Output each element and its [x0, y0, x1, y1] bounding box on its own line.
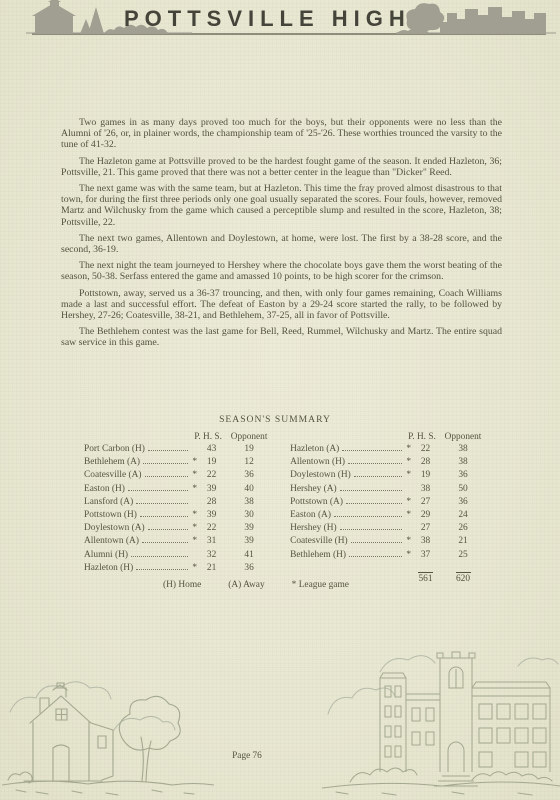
team-name: Hershey (H) [290, 523, 337, 533]
league-game-marker: * [404, 470, 411, 480]
paragraph: Pottstown, away, served us a 36-37 troun… [61, 288, 502, 322]
narrative-text: Two games in as many days proved too muc… [61, 117, 502, 354]
opponent-score: 30 [226, 510, 272, 520]
phs-score: 43 [197, 444, 226, 454]
league-game-marker: * [190, 536, 197, 546]
league-game-marker: * [404, 444, 411, 454]
dot-leader [140, 516, 188, 517]
team-name: Bethlehem (H) [290, 550, 346, 560]
opponent-score: 21 [440, 536, 486, 546]
dot-leader [142, 542, 188, 543]
league-game-marker: * [404, 457, 411, 467]
table-row: Doylestown (A) * 22 39 [84, 523, 272, 536]
paragraph: The next two games, Allentown and Doyles… [61, 233, 502, 255]
summary-tables: P. H. S. Opponent Port Carbon (H) 43 19 [84, 432, 486, 586]
phs-score: 37 [411, 550, 440, 560]
dot-leader [340, 529, 402, 530]
opponent-score: 24 [440, 510, 486, 520]
opponent-score: 36 [226, 470, 272, 480]
summary-table-left: P. H. S. Opponent Port Carbon (H) 43 19 [84, 432, 272, 586]
team-name: Allentown (A) [84, 536, 139, 546]
legend-league: * League game [292, 580, 349, 590]
opponent-score: 41 [226, 550, 272, 560]
paragraph: The Bethlehem contest was the last game … [61, 326, 502, 348]
table-header-left: P. H. S. Opponent [84, 432, 272, 442]
table-row: Coatesville (A) * 22 36 [84, 470, 272, 483]
phs-score: 28 [411, 457, 440, 467]
phs-score: 27 [411, 497, 440, 507]
opponent-total: 620 [440, 574, 486, 584]
table-header-right: P. H. S. Opponent [290, 432, 486, 442]
dot-leader [346, 503, 402, 504]
opponent-score: 40 [226, 484, 272, 494]
league-game-marker: * [190, 470, 197, 480]
team-name: Hazleton (A) [290, 444, 339, 454]
team-name: Easton (H) [84, 484, 125, 494]
league-game-marker: * [404, 510, 411, 520]
opponent-column-header: Opponent [440, 432, 486, 442]
table-row: Bethlehem (H) * 37 25 [290, 550, 486, 563]
team-name: Coatesville (A) [84, 470, 142, 480]
dot-leader [342, 450, 402, 451]
dot-leader [145, 476, 189, 477]
phs-score: 19 [411, 470, 440, 480]
team-name: Allentown (H) [290, 457, 345, 467]
opponent-score: 25 [440, 550, 486, 560]
team-name: Hershey (A) [290, 484, 337, 494]
phs-score: 39 [197, 510, 226, 520]
dot-leader [136, 569, 188, 570]
phs-score: 31 [197, 536, 226, 546]
opponent-column-header: Opponent [226, 432, 272, 442]
league-game-marker: * [190, 510, 197, 520]
table-row: Hershey (A) 38 50 [290, 484, 486, 497]
dot-leader [136, 503, 188, 504]
dot-leader [148, 450, 188, 451]
table-row: Hazleton (H) * 21 36 [84, 563, 272, 576]
dot-leader [340, 490, 402, 491]
opponent-score: 36 [440, 470, 486, 480]
paragraph: The Hazleton game at Pottsville proved t… [61, 156, 502, 178]
league-game-marker: * [190, 484, 197, 494]
opponent-score: 38 [440, 444, 486, 454]
team-name: Doylestown (A) [84, 523, 145, 533]
table-row: Bethlehem (A) * 19 12 [84, 457, 272, 470]
team-name: Alumni (H) [84, 550, 128, 560]
phs-score: 32 [197, 550, 226, 560]
phs-score: 22 [197, 470, 226, 480]
table-row: Hazleton (A) * 22 38 [290, 444, 486, 457]
league-game-marker: * [190, 457, 197, 467]
page-title: POTTSVILLE HIGH [124, 6, 411, 32]
opponent-score: 12 [226, 457, 272, 467]
legend-away: (A) Away [228, 580, 264, 590]
opponent-score: 38 [440, 457, 486, 467]
opponent-score: 36 [226, 563, 272, 573]
table-row: Coatesville (H) * 38 21 [290, 536, 486, 549]
dot-leader [348, 463, 402, 464]
phs-score: 22 [411, 444, 440, 454]
opponent-score: 36 [440, 497, 486, 507]
league-game-marker: * [404, 550, 411, 560]
team-name: Hazleton (H) [84, 563, 133, 573]
table-row: Pottstown (A) * 27 36 [290, 497, 486, 510]
team-name: Lansford (A) [84, 497, 133, 507]
table-rows-left: Port Carbon (H) 43 19 Bethlehem (A) * 19 [84, 444, 272, 576]
opponent-score: 50 [440, 484, 486, 494]
team-name: Doylestown (H) [290, 470, 351, 480]
table-legend: (H) Home (A) Away * League game [163, 580, 349, 590]
phs-score: 22 [197, 523, 226, 533]
phs-score: 38 [411, 484, 440, 494]
opponent-score: 39 [226, 523, 272, 533]
dot-leader [349, 556, 402, 557]
dot-leader [128, 490, 188, 491]
team-name: Easton (A) [290, 510, 331, 520]
table-row: Lansford (A) 28 38 [84, 497, 272, 510]
page-header: POTTSVILLE HIGH [0, 0, 560, 42]
dot-leader [143, 463, 188, 464]
team-name: Pottstown (A) [290, 497, 343, 507]
dot-leader [354, 476, 402, 477]
phs-score: 19 [197, 457, 226, 467]
summary-table-right: P. H. S. Opponent Hazleton (A) * 22 38 [290, 432, 486, 586]
phs-total: 561 [411, 574, 440, 584]
season-summary: SEASON'S SUMMARY P. H. S. Opponent Port … [0, 414, 560, 586]
table-row: Doylestown (H) * 19 36 [290, 470, 486, 483]
paragraph: Two games in as many days proved too muc… [61, 117, 502, 151]
team-name: Port Carbon (H) [84, 444, 145, 454]
league-game-marker: * [404, 536, 411, 546]
table-row: Alumni (H) 32 41 [84, 550, 272, 563]
table-row: Easton (A) * 29 24 [290, 510, 486, 523]
phs-column-header: P. H. S. [404, 432, 440, 442]
school-building-sketch-icon [322, 640, 560, 800]
table-row: Port Carbon (H) 43 19 [84, 444, 272, 457]
legend-home: (H) Home [163, 580, 201, 590]
phs-column-header: P. H. S. [190, 432, 226, 442]
table-row: Hershey (H) 27 26 [290, 523, 486, 536]
opponent-score: 26 [440, 523, 486, 533]
dot-leader [334, 516, 402, 517]
page-number: Page 76 [0, 751, 494, 761]
phs-score: 27 [411, 523, 440, 533]
league-game-marker: * [404, 497, 411, 507]
campus-trees-silhouette-icon [396, 0, 556, 38]
table-row: Pottstown (H) * 39 30 [84, 510, 272, 523]
dot-leader [131, 556, 188, 557]
phs-score: 39 [197, 484, 226, 494]
dot-leader [148, 529, 188, 530]
paragraph: The next game was with the same team, bu… [61, 183, 502, 228]
schoolhouse-sketch-icon [2, 652, 214, 800]
yearbook-page: POTTSVILLE HIGH Two games in as many day… [0, 0, 560, 800]
phs-score: 29 [411, 510, 440, 520]
team-name: Pottstown (H) [84, 510, 137, 520]
summary-title: SEASON'S SUMMARY [0, 414, 560, 425]
totals-rule [290, 566, 486, 574]
table-row: Allentown (H) * 28 38 [290, 457, 486, 470]
league-game-marker: * [190, 523, 197, 533]
paragraph: The next night the team journeyed to Her… [61, 260, 502, 282]
phs-score: 21 [197, 563, 226, 573]
phs-score: 38 [411, 536, 440, 546]
table-row: Allentown (A) * 31 39 [84, 536, 272, 549]
table-rows-right: Hazleton (A) * 22 38 Allentown (H) * 28 [290, 444, 486, 563]
opponent-score: 38 [226, 497, 272, 507]
opponent-score: 19 [226, 444, 272, 454]
opponent-score: 39 [226, 536, 272, 546]
phs-score: 28 [197, 497, 226, 507]
table-row: Easton (H) * 39 40 [84, 484, 272, 497]
team-name: Bethlehem (A) [84, 457, 140, 467]
team-name: Coatesville (H) [290, 536, 348, 546]
league-game-marker: * [190, 563, 197, 573]
dot-leader [351, 542, 402, 543]
